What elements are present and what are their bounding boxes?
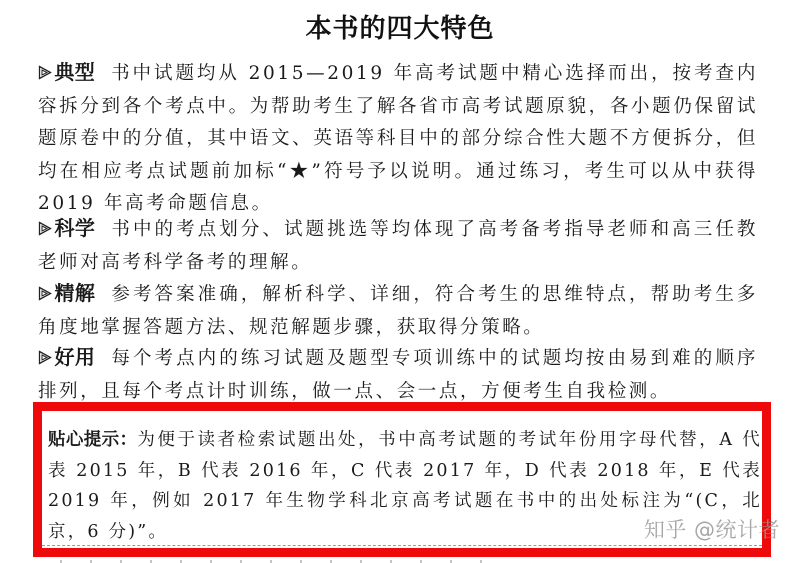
tip-label: 贴心提示： [48,430,137,450]
section-heading: 精解 [54,281,95,305]
triangle-right-outline-icon [38,350,52,365]
triangle-right-outline-icon [38,65,52,80]
dashed-divider [42,545,762,546]
triangle-right-outline-icon [38,286,52,301]
section-heading: 好用 [54,345,95,369]
triangle-right-outline-icon [38,221,52,236]
section-body: 每个考点内的练习试题及题型专项训练中的试题均按由易到难的顺序排列，且每个考点计时… [38,348,758,402]
feature-section-scientific: 科学书中的考点划分、试题挑选等均体现了高考备考指导老师和高三任教老师对高考科学备… [38,212,758,279]
feature-section-detailed-answers: 精解参考答案准确，解析科学、详细，符合考生的思维特点，帮助考生多角度地掌握答题方… [38,277,758,344]
section-heading: 典型 [54,60,95,84]
section-body: 参考答案准确，解析科学、详细，符合考生的思维特点，帮助考生多角度地掌握答题方法、… [38,284,758,338]
page-title: 本书的四大特色 [0,8,800,45]
feature-section-typical: 典型书中试题均从 2015—2019 年高考试题中精心选择而出，按考查内容拆分到… [38,56,758,221]
feature-section-useful: 好用每个考点内的练习试题及题型专项训练中的试题均按由易到难的顺序排列，且每个考点… [38,341,758,408]
watermark: 知乎 @统计者 [644,514,780,544]
section-body: 书中试题均从 2015—2019 年高考试题中精心选择而出，按考查内容拆分到各个… [38,63,758,214]
section-heading: 科学 [54,216,95,240]
section-body: 书中的考点划分、试题挑选等均体现了高考备考指导老师和高三任教老师对高考科学备考的… [38,219,758,273]
